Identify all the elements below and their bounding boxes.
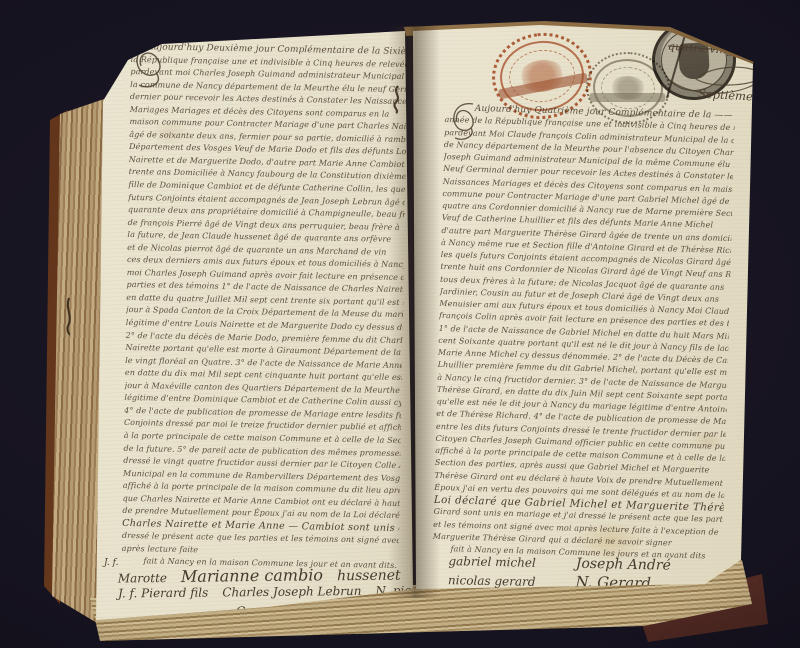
text-line: gabriel michel xyxy=(448,554,536,570)
text-line: Marotte xyxy=(118,571,167,586)
left-page-text: Aujourd'huy Deuxième jour Complémentaire… xyxy=(121,41,408,582)
text-line: Joseph André xyxy=(576,556,671,574)
folio-label: Septième xyxy=(698,87,754,104)
text-line: J. f. Pierard fils xyxy=(118,586,208,601)
text-line: Marianne cambio xyxy=(181,565,323,585)
signature-row: MarotteMarianne cambiohussenet xyxy=(118,564,410,586)
spine-thread xyxy=(62,296,76,336)
register-photograph: Aujourd'huy Deuxième jour Complémentaire… xyxy=(0,0,800,648)
text-line: Charles Joseph Lebrun xyxy=(222,584,361,599)
binding-thread xyxy=(386,84,410,114)
text-line: hussenet xyxy=(337,568,401,585)
margin-note: J. f. xyxy=(104,558,119,568)
right-page-text: Aujourd'huy Quatrième jour Complémentair… xyxy=(432,102,735,570)
